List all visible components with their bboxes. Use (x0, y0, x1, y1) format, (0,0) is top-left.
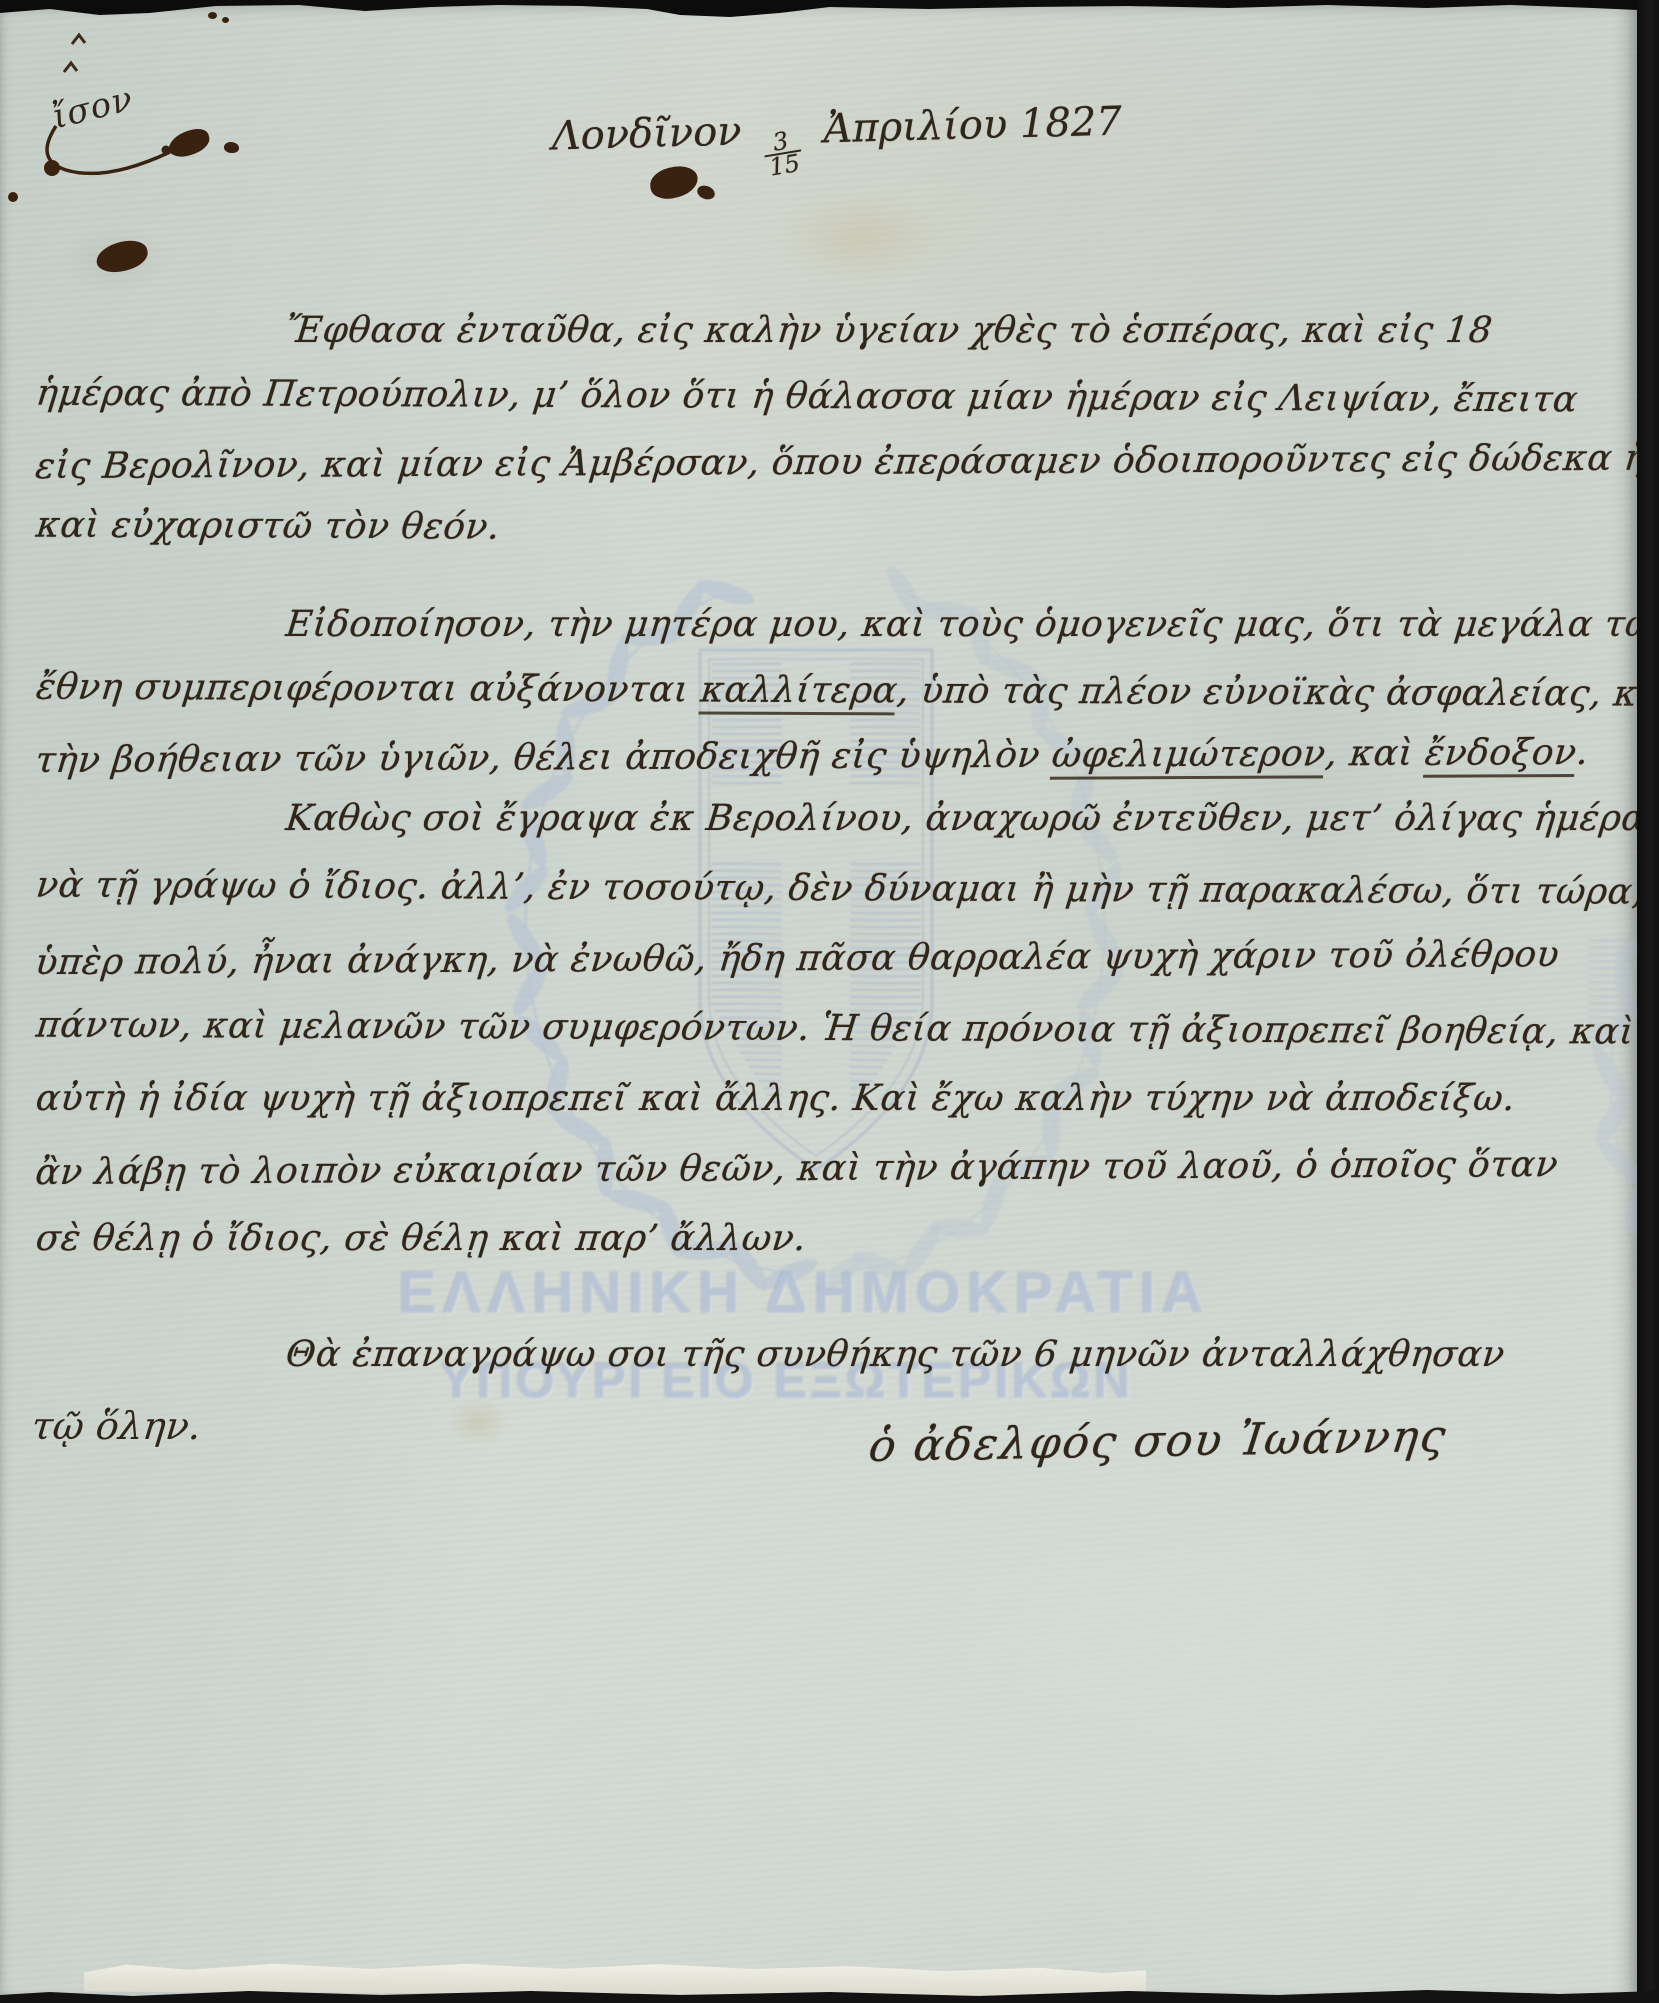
manuscript-line: ἔθνη συμπεριφέρονται αὐξάνονται καλλίτερ… (33, 655, 1596, 728)
underlined-phrase: ὠφελιμώτερον (1050, 733, 1328, 779)
underlined-phrase: καλλίτερα (698, 670, 900, 716)
handwriting-segment: πάντων, καὶ μελανῶν τῶν συμφερόντων. Ἡ θ… (34, 1005, 1636, 1053)
handwriting-segment: . (1575, 732, 1591, 773)
pen-caret-marks (58, 26, 118, 86)
annotation-flourish (30, 112, 190, 186)
paragraph: Ἔφθασα ἐνταῦθα, εἰς καλὴν ὑγείαν χθὲς τὸ… (36, 298, 1593, 562)
dateline-place: Λονδῖνον (551, 109, 742, 160)
manuscript-line: ὑπὲρ πολύ, ἦναι ἀνάγκη, νὰ ἐνωθῶ, ἤδη πᾶ… (32, 920, 1597, 998)
handwriting-segment: σὲ θέλῃ ὁ ἴδιος, σὲ θέλῃ καὶ παρ’ ἄλλων. (34, 1218, 808, 1259)
manuscript-line: ἂν λάβῃ τὸ λοιπὸν εὐκαιρίαν τῶν θεῶν, κα… (32, 1130, 1597, 1208)
underlined-phrase: ἔνδοξον (1423, 732, 1579, 778)
manuscript-line: αὐτὴ ἡ ἰδία ψυχὴ τῇ ἀξιοπρεπεῖ καὶ ἄλλης… (32, 1064, 1596, 1134)
handwriting-segment: ὑπὲρ πολύ, ἦναι ἀνάγκη, νὰ ἐνωθῶ, ἤδη πᾶ… (34, 934, 1562, 983)
dateline: Λονδῖνον 3 15 Ἀπριλίου 1827 (551, 99, 1123, 183)
handwriting-segment: καὶ εὐχαριστῶ τὸν θεόν. (34, 505, 502, 548)
ink-blot (94, 237, 151, 276)
letter-paper: ΕΛΛΗΝΙΚΗ ΔΗΜΟΚΡΑΤΙΑ ΥΠΟΥΡΓΕΙΟ ΕΞΩΤΕΡΙΚΩΝ… (0, 0, 1637, 2003)
handwriting-segment: , καὶ (1324, 733, 1428, 775)
manuscript-line: Εἰδοποίησον, τὴν μητέρα μου, καὶ τοὺς ὁμ… (33, 592, 1597, 658)
manuscript-line: εἰς Βερολῖνον, καὶ μίαν εἰς Ἀμβέρσαν, ὅπ… (32, 426, 1596, 500)
handwriting-segment: Καθὼς σοὶ ἔγραψα ἐκ Βερολίνου, ἀναχωρῶ ἐ… (284, 798, 1659, 839)
manuscript-line: Θὰ ἐπαναγράψω σοι τῆς συνθήκης τῶν 6 μην… (33, 1322, 1597, 1388)
handwriting-segment: αὐτὴ ἡ ἰδία ψυχὴ τῇ ἀξιοπρεπεῖ καὶ ἄλλης… (34, 1078, 1517, 1119)
handwriting-segment: Ἔφθασα ἐνταῦθα, εἰς καλὴν ὑγείαν χθὲς τὸ… (284, 310, 1495, 351)
closing-left-note: τῷ ὅλην. (30, 1404, 204, 1448)
handwriting-segment: Εἰδοποίησον, τὴν μητέρα μου, καὶ τοὺς ὁμ… (284, 604, 1659, 645)
paragraph: Θὰ ἐπαναγράψω σοι τῆς συνθήκης τῶν 6 μην… (36, 1322, 1593, 1388)
handwriting-segment: ἡμέρας ἀπὸ Πετρούπολιν, μ’ ὅλον ὅτι ἡ θά… (34, 373, 1580, 421)
manuscript-line: καὶ εὐχαριστῶ τὸν θεόν. (33, 493, 1596, 566)
handwriting-segment: ἔθνη συμπεριφέρονται αὐξάνονται (34, 667, 703, 711)
handwriting-segment: , ὑπὸ τὰς πλέον εὐνοϊκὰς ἀσφαλείας, καὶ … (895, 670, 1659, 715)
signature: ὁ ἀδελφός σου Ἰωάννης (866, 1411, 1450, 1472)
manuscript-line: πάντων, καὶ μελανῶν τῶν συμφερόντων. Ἡ θ… (33, 991, 1597, 1068)
ink-blot (695, 183, 716, 201)
handwriting-segment: Θὰ ἐπαναγράψω σοι τῆς συνθήκης τῶν 6 μην… (284, 1334, 1507, 1375)
ink-blot (222, 17, 229, 23)
paper-stain (775, 190, 945, 285)
ink-blot (208, 12, 217, 19)
paragraph: Καθὼς σοὶ ἔγραψα ἐκ Βερολίνου, ἀναχωρῶ ἐ… (36, 784, 1593, 1274)
scanned-letter-page: ΕΛΛΗΝΙΚΗ ΔΗΜΟΚΡΑΤΙΑ ΥΠΟΥΡΓΕΙΟ ΕΞΩΤΕΡΙΚΩΝ… (0, 0, 1659, 2003)
manuscript-line: σὲ θέλῃ ὁ ἴδιος, σὲ θέλῃ καὶ παρ’ ἄλλων. (32, 1204, 1596, 1274)
handwriting-segment: τὴν βοήθειαν τῶν ὑγιῶν, θέλει ἀποδειχθῆ … (34, 735, 1054, 781)
ink-blot (224, 142, 239, 153)
handwriting-segment: νὰ τῇ γράψω ὁ ἴδιος. ἀλλ’, ἐν τοσούτῳ, δ… (34, 865, 1647, 913)
handwriting-segment: εἰς Βερολῖνον, καὶ μίαν εἰς Ἀμβέρσαν, ὅπ… (34, 437, 1659, 487)
dateline-day-new-style: 15 (765, 149, 805, 179)
paragraph: Εἰδοποίησον, τὴν μητέρα μου, καὶ τοὺς ὁμ… (36, 592, 1593, 790)
manuscript-line: νὰ τῇ γράψω ὁ ἴδιος. ἀλλ’, ἐν τοσούτῳ, δ… (33, 851, 1597, 928)
manuscript-line: τὴν βοήθειαν τῶν ὑγιῶν, θέλει ἀποδειχθῆ … (32, 720, 1596, 794)
manuscript-line: Καθὼς σοὶ ἔγραψα ἐκ Βερολίνου, ἀναχωρῶ ἐ… (32, 784, 1596, 854)
dark-right-edge (1637, 0, 1659, 2003)
paper-stain (220, 1560, 920, 1890)
handwriting-segment: ἂν λάβῃ τὸ λοιπὸν εὐκαιρίαν τῶν θεῶν, κα… (34, 1144, 1560, 1193)
ink-blot (8, 192, 18, 202)
manuscript-line: Ἔφθασα ἐνταῦθα, εἰς καλὴν ὑγείαν χθὲς τὸ… (33, 298, 1597, 364)
dateline-fraction: 3 15 (761, 128, 805, 179)
manuscript-line: ἡμέρας ἀπὸ Πετρούπολιν, μ’ ὅλον ὅτι ἡ θά… (33, 361, 1596, 434)
dateline-month-year: Ἀπριλίου 1827 (823, 99, 1122, 153)
